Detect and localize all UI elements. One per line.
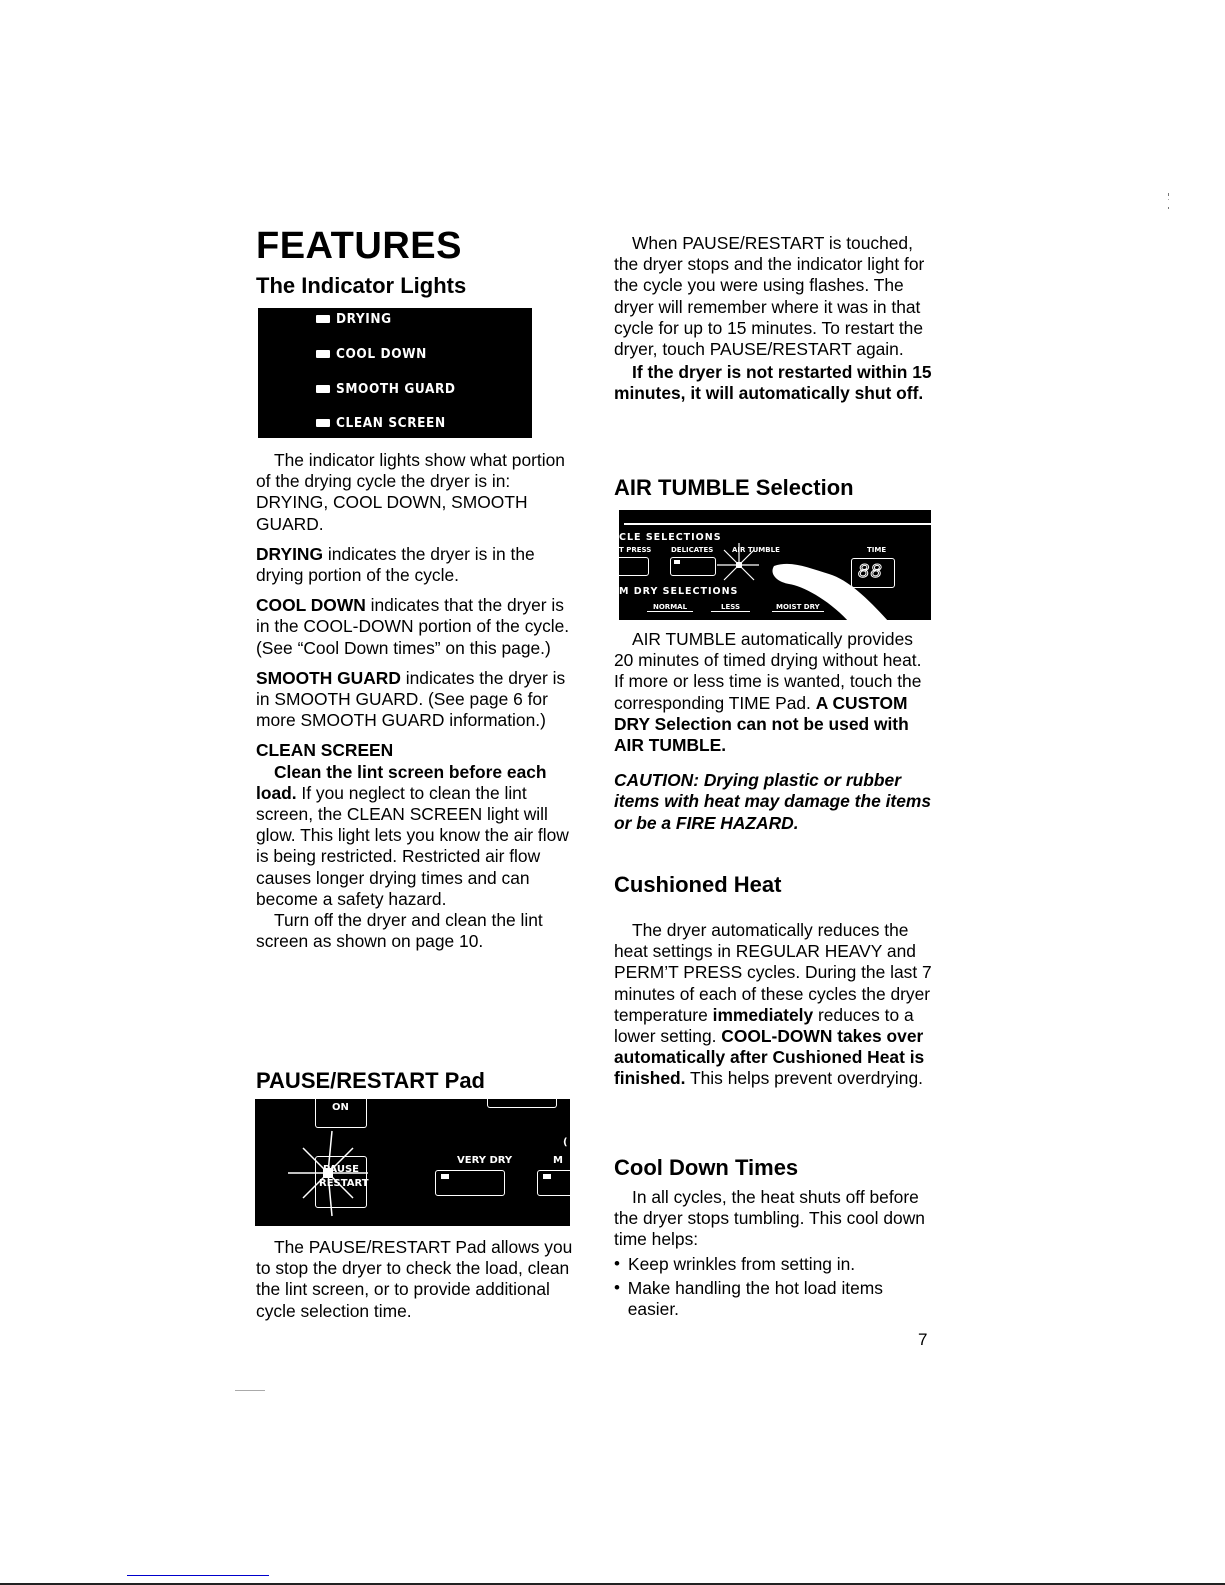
link-underline: [127, 1575, 269, 1576]
pause-restart-panel-illustration: ON PAUSE RESTART VERY DRY M (: [255, 1099, 570, 1226]
list-item: • Make handling the hot load items easie…: [614, 1278, 934, 1320]
clean-screen-heading: CLEAN SCREEN: [256, 740, 576, 761]
time-display: 88: [851, 558, 895, 588]
clean-screen-paragraph: Clean the lint screen before each load. …: [256, 762, 576, 910]
indicator-drying: DRYING: [316, 311, 392, 327]
cool-down-paragraph: COOL DOWN indicates that the dryer is in…: [256, 595, 576, 659]
top-pad: [487, 1099, 557, 1108]
pause-restart-heading: PAUSE/RESTART Pad: [256, 1068, 485, 1094]
led-icon: [441, 1174, 449, 1179]
led-icon: [316, 385, 330, 393]
led-icon: [316, 350, 330, 358]
partial-pad: [537, 1170, 570, 1196]
air-tumble-panel-illustration: CLE SELECTIONS T PRESS DELICATES AIR TUM…: [619, 510, 931, 620]
flash-icon: [283, 1121, 383, 1221]
delicates-pad: [670, 557, 716, 576]
air-tumble-heading: AIR TUMBLE Selection: [614, 475, 854, 501]
indicator-lights-body: The indicator lights show what portion o…: [256, 450, 576, 952]
indicator-clean-screen: CLEAN SCREEN: [316, 415, 446, 431]
air-tumble-body: AIR TUMBLE automatically provides 20 min…: [614, 629, 934, 834]
led-icon: [316, 419, 330, 427]
led-icon: [543, 1174, 551, 1179]
indicator-lights-heading: The Indicator Lights: [256, 273, 466, 299]
indicator-smooth-guard: SMOOTH GUARD: [316, 381, 456, 397]
led-icon: [316, 315, 330, 323]
indicator-lights-panel: DRYING COOL DOWN SMOOTH GUARD CLEAN SCRE…: [258, 308, 532, 438]
indicator-cool-down: COOL DOWN: [316, 346, 427, 362]
scan-mark: [1168, 207, 1169, 209]
perm-press-pad: [619, 557, 649, 576]
scan-mark: [1168, 199, 1169, 200]
auto-shutoff-warning: If the dryer is not restarted within 15 …: [614, 362, 932, 403]
flash-icon: [714, 538, 764, 588]
cushioned-heat-body: The dryer automatically reduces the heat…: [614, 920, 934, 1090]
cool-down-times-heading: Cool Down Times: [614, 1155, 798, 1181]
cool-down-times-body: In all cycles, the heat shuts off before…: [614, 1187, 934, 1320]
pause-restart-body: The PAUSE/RESTART Pad allows you to stop…: [256, 1237, 576, 1322]
pause-restart-continued: When PAUSE/RESTART is touched, the dryer…: [614, 233, 934, 405]
list-item: • Keep wrinkles from setting in.: [614, 1254, 934, 1275]
page-title: FEATURES: [256, 226, 462, 266]
smooth-guard-paragraph: SMOOTH GUARD indicates the dryer is in S…: [256, 668, 576, 732]
drying-paragraph: DRYING indicates the dryer is in the dry…: [256, 544, 576, 586]
led-icon: [674, 560, 680, 564]
divider: [624, 523, 931, 525]
caution-text: CAUTION: Drying plastic or rubber items …: [614, 770, 934, 834]
cushioned-heat-heading: Cushioned Heat: [614, 872, 781, 898]
scan-mark: [1168, 193, 1169, 196]
bullet-icon: •: [614, 1254, 628, 1275]
very-dry-pad: [435, 1170, 505, 1196]
scan-mark: [235, 1390, 265, 1391]
turn-off-paragraph: Turn off the dryer and clean the lint sc…: [256, 910, 576, 952]
page-number: 7: [918, 1330, 927, 1350]
intro-paragraph: The indicator lights show what portion o…: [256, 450, 576, 535]
bullet-icon: •: [614, 1278, 628, 1320]
